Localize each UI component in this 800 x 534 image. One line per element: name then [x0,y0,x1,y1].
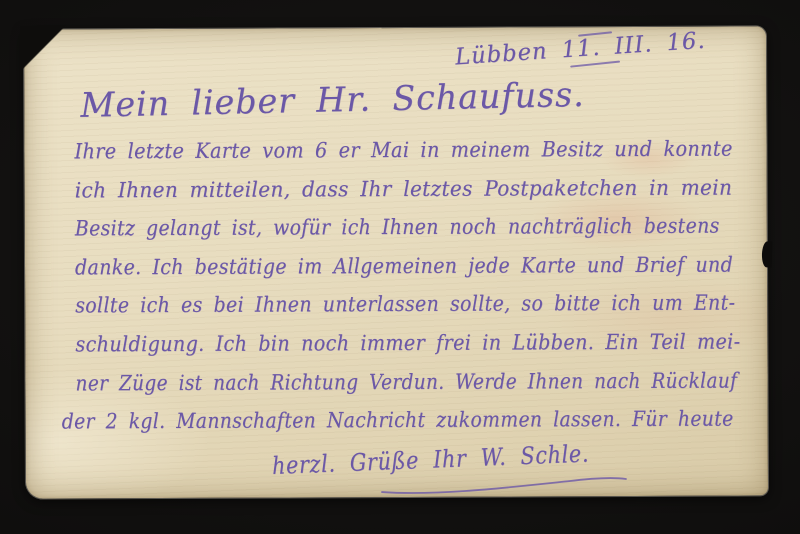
postcard-salutation: Mein lieber Hr. Schaufuss. [80,75,596,126]
handwriting-line: danke. Ich bestätige im Allgemeinen jede… [75,252,747,294]
photo-backdrop: Lübben 11. III. 16. Mein lieber Hr. Scha… [0,0,800,534]
signature-flourish [378,475,630,496]
postcard-body: Ihre letzte Karte vom 6 er Mai in meinem… [74,136,747,448]
postcard-dateline: Lübben 11. III. 16. [451,28,707,71]
salutation-text: Mein lieber Hr. Schaufuss. [80,75,585,126]
handwriting-line: Ihre letzte Karte vom 6 er Mai in meinem… [74,136,746,178]
handwriting-line: ner Züge ist nach Richtung Verdun. Werde… [75,368,747,410]
handwriting-line: schuldigung. Ich bin noch immer frei in … [75,329,747,371]
handwriting-line: der 2 kgl. Mannschaften Nachricht zukomm… [62,407,748,449]
handwriting-line: ich Ihnen mitteilen, dass Ihr letztes Po… [75,175,747,217]
edge-nick-right [762,241,773,267]
postcard: Lübben 11. III. 16. Mein lieber Hr. Scha… [24,26,768,498]
handwriting-line: sollte ich es bei Ihnen unterlassen soll… [75,291,747,333]
handwriting-line: Besitz gelangt ist, wofür ich Ihnen noch… [75,214,747,256]
worn-corner-topleft [20,25,66,71]
